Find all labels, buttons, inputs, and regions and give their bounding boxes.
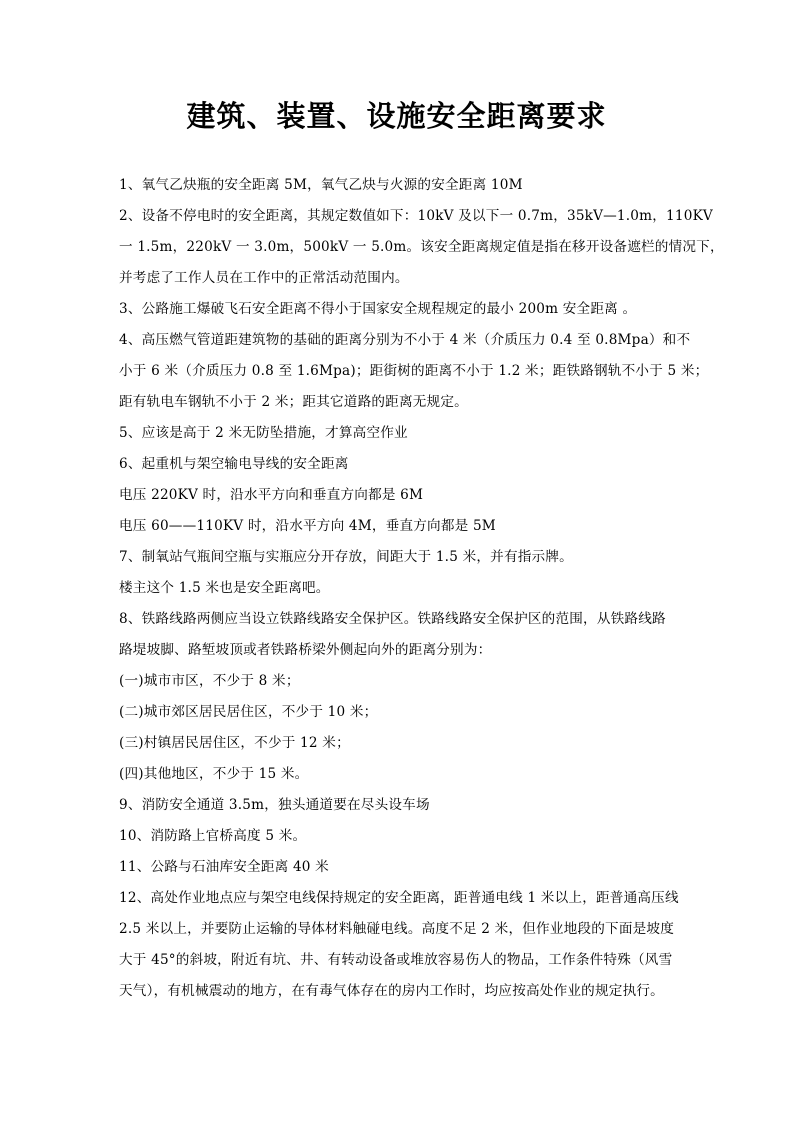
document-page: 建筑、装置、设施安全距离要求 1、氧气乙炔瓶的安全距离 5M，氧气乙炔与火源的安…	[0, 0, 793, 1122]
text-line: (四)其他地区，不少于 15 米。	[119, 759, 679, 790]
text-line: 10、消防路上官桥高度 5 米。	[119, 821, 679, 852]
text-line: (三)村镇居民居住区，不少于 12 米；	[119, 728, 679, 759]
document-title: 建筑、装置、设施安全距离要求	[0, 96, 793, 136]
text-line: 天气），有机械震动的地方，在有毒气体存在的房内工作时，均应按高处作业的规定执行。	[119, 976, 679, 1007]
text-line: 大于 45°的斜坡，附近有坑、井、有转动设备或堆放容易伤人的物品，工作条件特殊（…	[119, 945, 679, 976]
text-line: 距有轨电车钢轨不小于 2 米；距其它道路的距离无规定。	[119, 387, 679, 418]
document-body: 1、氧气乙炔瓶的安全距离 5M，氧气乙炔与火源的安全距离 10M 2、设备不停电…	[119, 170, 679, 1007]
text-line: 楼主这个 1.5 米也是安全距离吧。	[119, 573, 679, 604]
text-line: 3、公路施工爆破飞石安全距离不得小于国家安全规程规定的最小 200m 安全距离 …	[119, 294, 679, 325]
text-line: 电压 60——110KV 时，沿水平方向 4M，垂直方向都是 5M	[119, 511, 679, 542]
text-line: 一 1.5m，220kV 一 3.0m，500kV 一 5.0m。该安全距离规定…	[119, 232, 679, 263]
text-line: 5、应该是高于 2 米无防坠措施，才算高空作业	[119, 418, 679, 449]
text-line: 2.5 米以上，并要防止运输的导体材料触碰电线。高度不足 2 米，但作业地段的下…	[119, 914, 679, 945]
text-line: 并考虑了工作人员在工作中的正常活动范围内。	[119, 263, 679, 294]
text-line: 路堤坡脚、路堑坡顶或者铁路桥梁外侧起向外的距离分别为：	[119, 635, 679, 666]
text-line: 7、制氧站气瓶间空瓶与实瓶应分开存放，间距大于 1.5 米，并有指示牌。	[119, 542, 679, 573]
text-line: 8、铁路线路两侧应当设立铁路线路安全保护区。铁路线路安全保护区的范围，从铁路线路	[119, 604, 679, 635]
text-line: 12、高处作业地点应与架空电线保持规定的安全距离，距普通电线 1 米以上，距普通…	[119, 883, 679, 914]
text-line: 11、公路与石油库安全距离 40 米	[119, 852, 679, 883]
text-line: (二)城市郊区居民居住区，不少于 10 米；	[119, 697, 679, 728]
text-line: 1、氧气乙炔瓶的安全距离 5M，氧气乙炔与火源的安全距离 10M	[119, 170, 679, 201]
text-line: 4、高压燃气管道距建筑物的基础的距离分别为不小于 4 米（介质压力 0.4 至 …	[119, 325, 679, 356]
text-line: 小于 6 米（介质压力 0.8 至 1.6Mpa)；距街树的距离不小于 1.2 …	[119, 356, 679, 387]
text-line: (一)城市市区，不少于 8 米；	[119, 666, 679, 697]
text-line: 6、起重机与架空输电导线的安全距离	[119, 449, 679, 480]
text-line: 电压 220KV 时，沿水平方向和垂直方向都是 6M	[119, 480, 679, 511]
text-line: 9、消防安全通道 3.5m，独头通道要在尽头设车场	[119, 790, 679, 821]
text-line: 2、设备不停电时的安全距离，其规定数值如下：10kV 及以下一 0.7m，35k…	[119, 201, 679, 232]
